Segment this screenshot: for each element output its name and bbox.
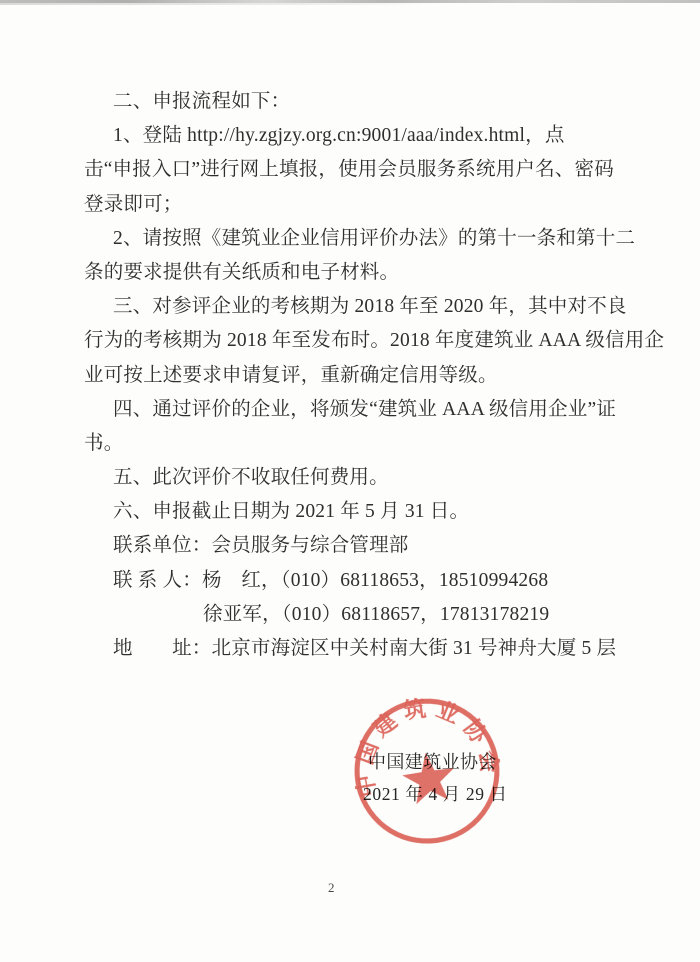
document-page: 二、申报流程如下： 1、登陆 http://hy.zgjzy.org.cn:90…	[0, 0, 700, 962]
text-line: 徐亚军，（010）68118657，17813178219	[84, 598, 629, 632]
text-line: 条的要求提供有关纸质和电子材料。	[84, 256, 629, 290]
text-line: 地 址：北京市海淀区中关村南大街 31 号神舟大厦 5 层	[84, 632, 629, 666]
official-seal: 中国建筑业协会	[342, 685, 514, 857]
text-line: 业可按上述要求申请复评，重新确定信用等级。	[84, 359, 629, 393]
text-line: 二、申报流程如下：	[84, 85, 629, 119]
text-line: 书。	[84, 427, 629, 461]
text-line: 2、请按照《建筑业企业信用评价办法》的第十一条和第十二	[84, 222, 629, 256]
document-body: 二、申报流程如下： 1、登陆 http://hy.zgjzy.org.cn:90…	[84, 85, 629, 666]
text-line: 登录即可；	[84, 188, 629, 222]
text-line: 1、登陆 http://hy.zgjzy.org.cn:9001/aaa/ind…	[84, 119, 629, 153]
text-line: 六、申报截止日期为 2021 年 5 月 31 日。	[84, 495, 629, 529]
text-line: 三、对参评企业的考核期为 2018 年至 2020 年，其中对不良	[84, 290, 629, 324]
star-icon	[400, 749, 458, 805]
text-line: 四、通过评价的企业，将颁发“建筑业 AAA 级信用企业”证	[84, 393, 629, 427]
text-line: 击“申报入口”进行网上填报，使用会员服务系统用户名、密码	[84, 153, 629, 187]
text-line: 行为的考核期为 2018 年至发布时。2018 年度建筑业 AAA 级信用企	[84, 324, 629, 358]
text-line: 联 系 人：杨 红，（010）68118653，18510994268	[84, 564, 629, 598]
scan-artifact-top-2	[0, 3, 434, 5]
text-line: 五、此次评价不收取任何费用。	[84, 461, 629, 495]
text-line: 联系单位：会员服务与综合管理部	[84, 529, 629, 563]
page-number: 2	[328, 880, 336, 896]
